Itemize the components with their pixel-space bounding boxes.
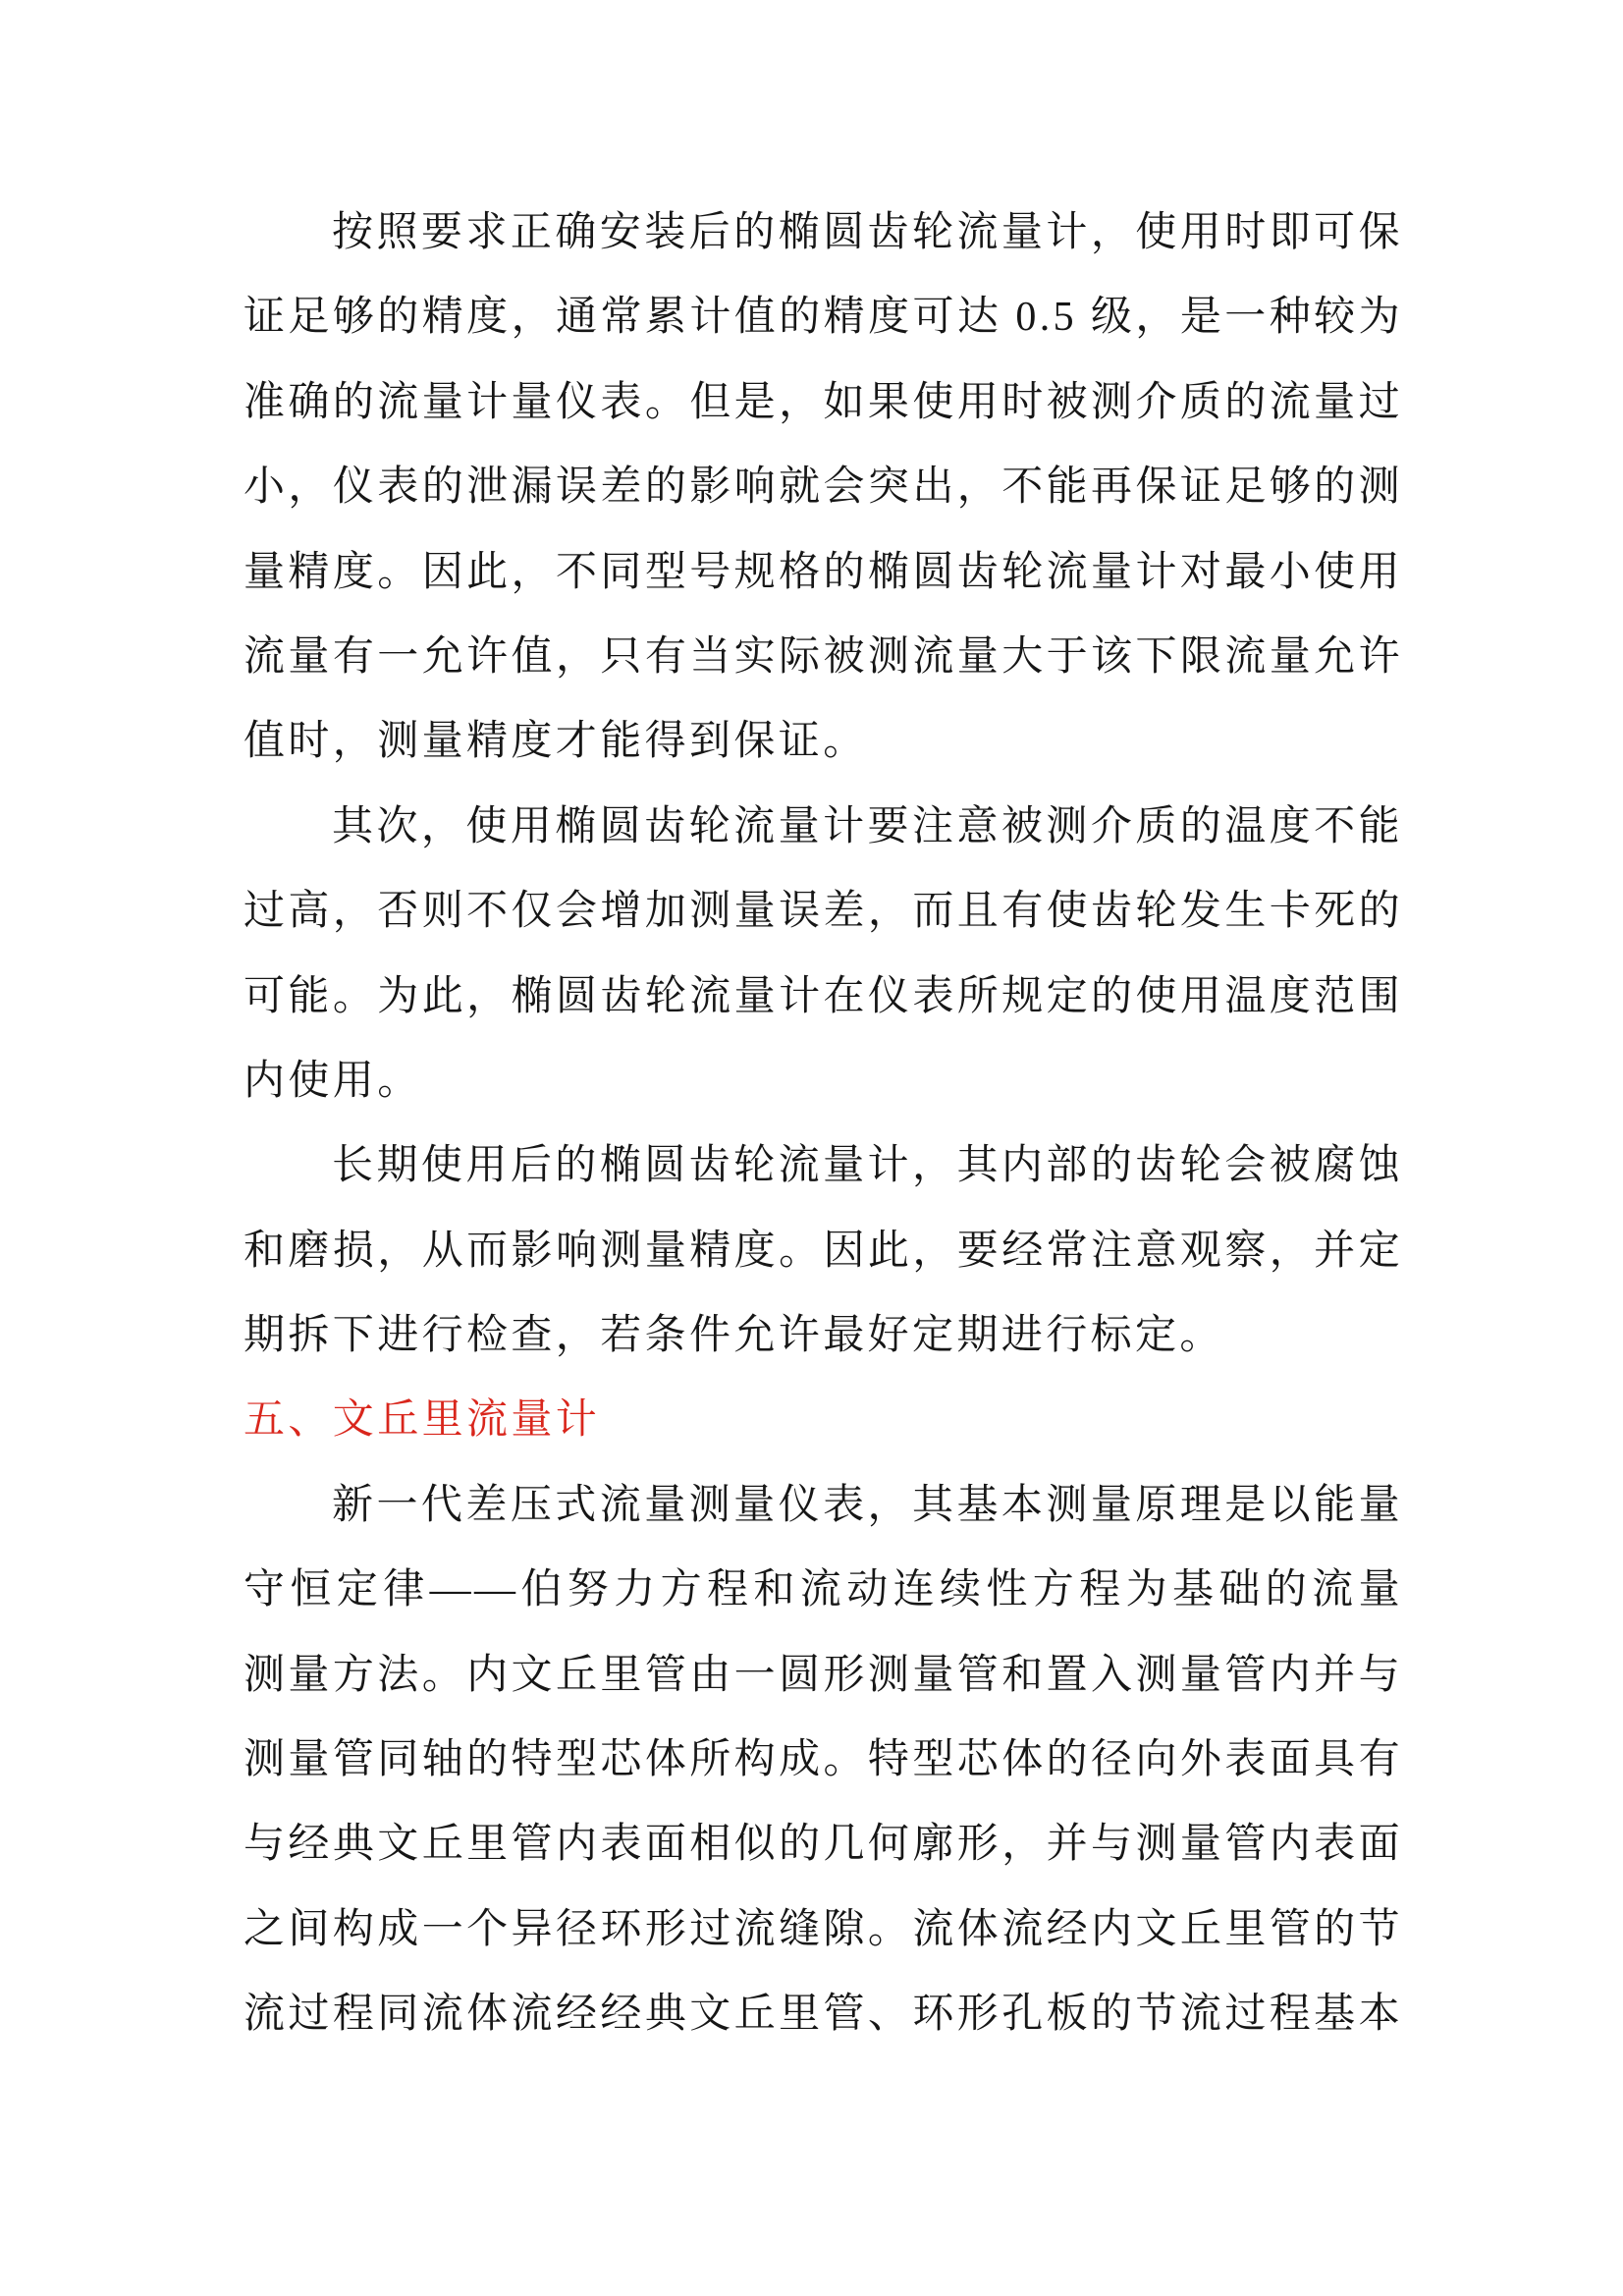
text-line: 量精度。因此，不同型号规格的椭圆齿轮流量计对最小使用 [243,530,1403,615]
text-line: 小，仪表的泄漏误差的影响就会突出，不能再保证足够的测 [243,445,1403,529]
text-line: 测量方法。内文丘里管由一圆形测量管和置入测量管内并与 [243,1633,1403,1718]
document-page: 按照要求正确安装后的椭圆齿轮流量计，使用时即可保 证足够的精度，通常累计值的精度… [0,0,1623,2296]
text-line: 之间构成一个异径环形过流缝隙。流体流经内文丘里管的节 [243,1887,1403,1972]
text-line: 流过程同流体流经经典文丘里管、环形孔板的节流过程基本 [243,1972,1403,2056]
text-line: 测量管同轴的特型芯体所构成。特型芯体的径向外表面具有 [243,1718,1403,1802]
text-line: 期拆下进行检查，若条件允许最好定期进行标定。 [243,1293,1403,1378]
paragraph: 长期使用后的椭圆齿轮流量计，其内部的齿轮会被腐蚀 和磨损，从而影响测量精度。因此… [243,1123,1403,1378]
paragraph: 按照要求正确安装后的椭圆齿轮流量计，使用时即可保 证足够的精度，通常累计值的精度… [243,191,1403,785]
text-line: 证足够的精度，通常累计值的精度可达 0.5 级，是一种较为 [243,275,1403,359]
text-line: 按照要求正确安装后的椭圆齿轮流量计，使用时即可保 [243,191,1403,275]
text-column: 按照要求正确安装后的椭圆齿轮流量计，使用时即可保 证足够的精度，通常累计值的精度… [243,191,1403,2057]
text-line: 可能。为此，椭圆齿轮流量计在仪表所规定的使用温度范围 [243,955,1403,1039]
text-line: 新一代差压式流量测量仪表，其基本测量原理是以能量 [243,1463,1403,1548]
text-line: 流量有一允许值，只有当实际被测流量大于该下限流量允许 [243,615,1403,699]
text-line: 准确的流量计量仪表。但是，如果使用时被测介质的流量过 [243,360,1403,445]
text-line: 值时，测量精度才能得到保证。 [243,699,1403,784]
text-line: 守恒定律——伯努力方程和流动连续性方程为基础的流量 [243,1548,1403,1632]
paragraph: 新一代差压式流量测量仪表，其基本测量原理是以能量 守恒定律——伯努力方程和流动连… [243,1463,1403,2057]
text-line: 内使用。 [243,1039,1403,1123]
section-heading: 五、文丘里流量计 [243,1378,1403,1462]
text-line: 其次，使用椭圆齿轮流量计要注意被测介质的温度不能 [243,785,1403,869]
text-line: 过高，否则不仅会增加测量误差，而且有使齿轮发生卡死的 [243,869,1403,954]
paragraph: 其次，使用椭圆齿轮流量计要注意被测介质的温度不能 过高，否则不仅会增加测量误差，… [243,785,1403,1124]
text-line: 和磨损，从而影响测量精度。因此，要经常注意观察，并定 [243,1209,1403,1293]
text-line: 长期使用后的椭圆齿轮流量计，其内部的齿轮会被腐蚀 [243,1123,1403,1208]
text-line: 与经典文丘里管内表面相似的几何廓形，并与测量管内表面 [243,1802,1403,1886]
